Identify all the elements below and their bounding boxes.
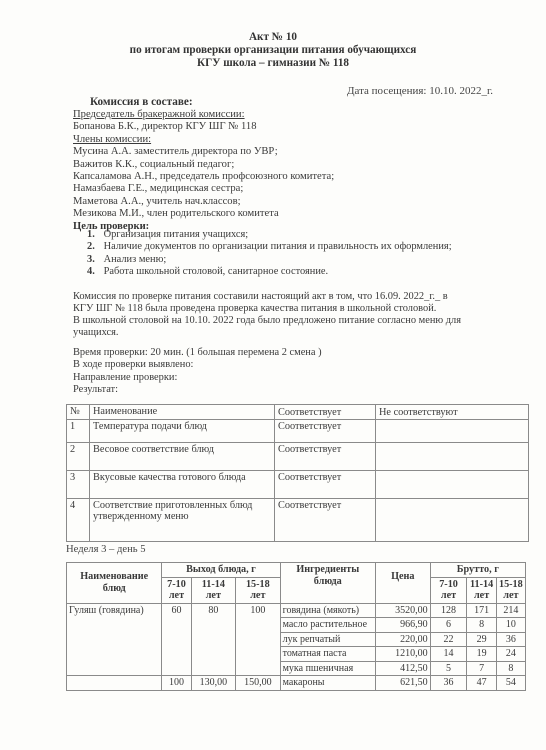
member: Важитов К.К., социальный педагог; <box>73 159 334 171</box>
member: Мезикова М.И., член родительского комите… <box>73 208 334 220</box>
inspection-time: Время проверки: 20 мин. (1 большая перем… <box>73 347 322 359</box>
document-title: Акт № 10 по итогам проверки организации … <box>0 31 546 70</box>
table-header-row: Наименование блюд Выход блюда, г Ингреди… <box>67 563 526 578</box>
table-row: 1 Температура подачи блюд Соответствует <box>67 420 529 443</box>
visit-date: Дата посещения: 10.10. 2022_г. <box>347 85 493 97</box>
commission-heading: Комиссия в составе: <box>90 96 193 108</box>
table-row: 4 Соответствие приготовленных блюд утвер… <box>67 499 529 542</box>
goal-item: 3. Анализ меню; <box>87 254 452 266</box>
act-subtitle: по итогам проверки организации питания о… <box>0 44 546 57</box>
chair-label: Председатель бракеражной комиссии: <box>73 109 334 121</box>
check-table: № Наименование Соответствует Не соответс… <box>66 404 529 542</box>
table-row: 2 Весовое соответствие блюд Соответствуе… <box>67 443 529 471</box>
table-row: 100 130,00 150,00 макароны 621,50 36 47 … <box>67 676 526 691</box>
inspection-direction: Направление проверки: <box>73 372 322 384</box>
member: Маметова А.А., учитель нач.классов; <box>73 196 334 208</box>
week-label: Неделя 3 – день 5 <box>66 544 146 555</box>
goal-item: 2. Наличие документов по организации пит… <box>87 241 452 253</box>
inspection-result: Результат: <box>73 384 322 396</box>
act-title: Акт № 10 <box>0 31 546 44</box>
table-row: Гуляш (говядина) 60 80 100 говядина (мяк… <box>67 603 526 618</box>
document-page: Акт № 10 по итогам проверки организации … <box>0 0 546 750</box>
table-header-row: № Наименование Соответствует Не соответс… <box>67 405 529 420</box>
act-paragraph: Комиссия по проверке питания составили н… <box>73 291 543 339</box>
school-name: КГУ школа – гимназии № 118 <box>0 57 546 70</box>
member: Намазбаева Г.Е., медицинская сестра; <box>73 183 334 195</box>
goals-list: 1. Организация питания учащихся; 2. Нали… <box>87 229 452 278</box>
menu-table: Наименование блюд Выход блюда, г Ингреди… <box>66 562 526 691</box>
table-row: 3 Вкусовые качества готового блюда Соотв… <box>67 471 529 499</box>
member: Капсаламова А.Н., председатель профсоюзн… <box>73 171 334 183</box>
goal-item: 1. Организация питания учащихся; <box>87 229 452 241</box>
members-label: Члены комиссии: <box>73 134 334 146</box>
chair-name: Бопанова Б.К., директор КГУ ШГ № 118 <box>73 121 334 133</box>
inspection-info: Время проверки: 20 мин. (1 большая перем… <box>73 347 322 397</box>
commission-list: Председатель бракеражной комиссии: Бопан… <box>73 109 334 233</box>
inspection-found: В ходе проверки выявлено: <box>73 359 322 371</box>
goal-item: 4. Работа школьной столовой, санитарное … <box>87 266 452 278</box>
member: Мусина А.А. заместитель директора по УВР… <box>73 146 334 158</box>
